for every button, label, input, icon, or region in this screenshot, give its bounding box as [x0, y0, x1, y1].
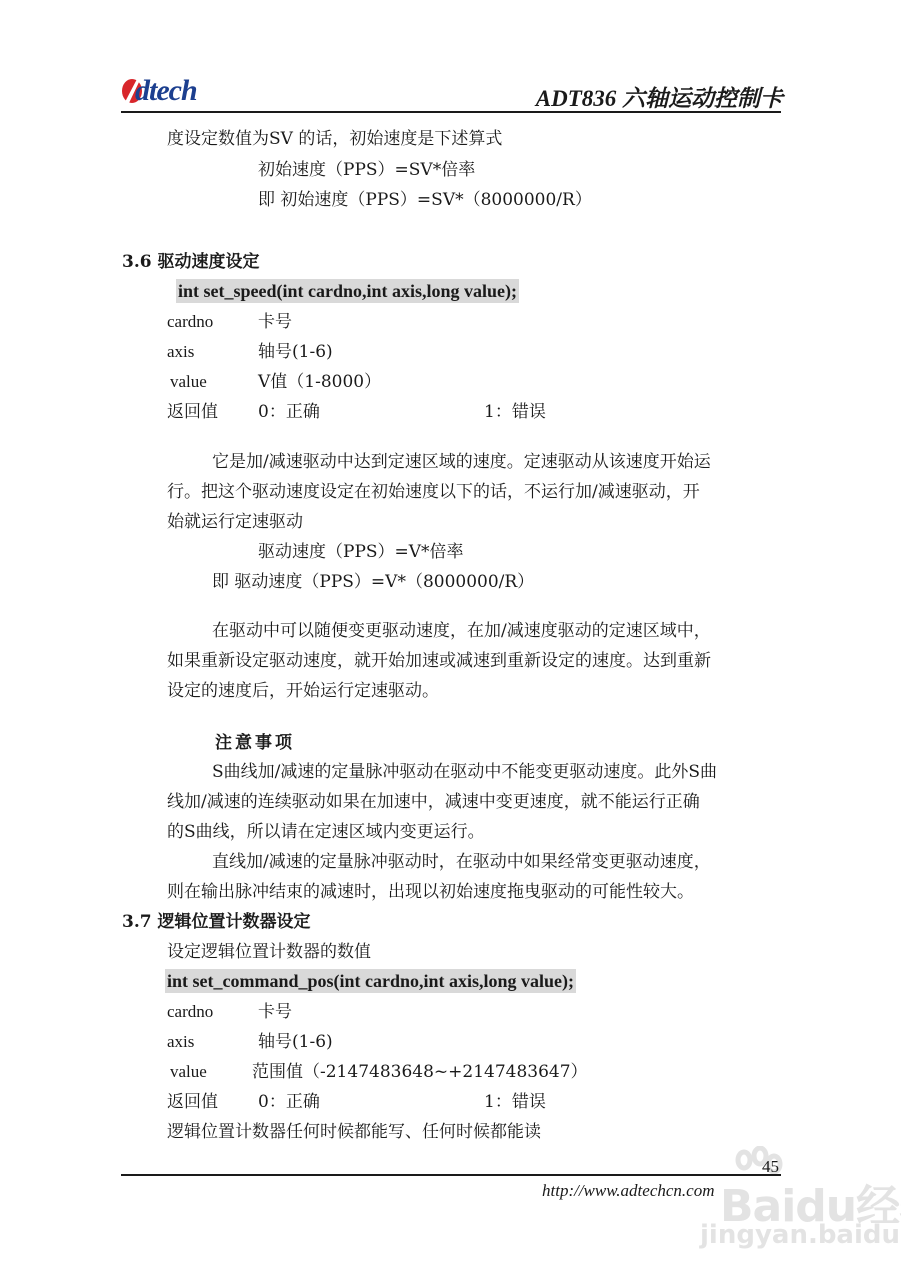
- document-title: ADT836 六轴运动控制卡: [536, 80, 783, 113]
- logo-text: dtech: [135, 74, 197, 108]
- note-line: S曲线加/减速的定量脉冲驱动在驱动中不能变更驱动速度。此外S曲: [212, 761, 717, 783]
- adtech-logo: dtech: [121, 72, 203, 106]
- section-heading-3-6: 3.6 驱动速度设定: [122, 251, 260, 273]
- paragraph-line: 如果重新设定驱动速度，就开始加速或减速到重新设定的速度。达到重新: [167, 650, 711, 672]
- param-desc: 轴号(1-6): [258, 341, 333, 363]
- return-error: 1：错误: [484, 1091, 546, 1113]
- paragraph-line: 它是加/减速驱动中达到定速区域的速度。定速驱动从该速度开始运: [212, 451, 711, 473]
- return-label: 返回值: [167, 401, 218, 423]
- note-line: 则在输出脉冲结束的减速时，出现以初始速度拖曳驱动的可能性较大。: [167, 881, 694, 903]
- function-signature-set-command-pos: int set_command_pos(int cardno,int axis,…: [165, 969, 576, 993]
- header-rule: [121, 111, 781, 113]
- param-desc: 卡号: [258, 1001, 292, 1023]
- formula-drive-speed-expanded: 即 驱动速度（PPS）=V*（8000000/R）: [212, 571, 534, 593]
- paragraph-line: 始就运行定速驱动: [167, 511, 303, 533]
- param-name: axis: [167, 341, 194, 363]
- param-desc: 范围值（-2147483648~+2147483647）: [252, 1061, 588, 1083]
- return-ok: 0：正确: [258, 401, 320, 423]
- param-name: cardno: [167, 311, 213, 333]
- section-note: 逻辑位置计数器任何时候都能写、任何时候都能读: [167, 1121, 541, 1143]
- section-heading-3-7: 3.7 逻辑位置计数器设定: [122, 911, 311, 933]
- param-name: value: [170, 371, 207, 393]
- param-desc: V值（1-8000）: [258, 371, 381, 393]
- param-desc: 轴号(1-6): [258, 1031, 333, 1053]
- note-line: 线加/减速的连续驱动如果在加速中，减速中变更速度，就不能运行正确: [167, 791, 700, 813]
- paragraph-line: 设定的速度后，开始运行定速驱动。: [167, 680, 439, 702]
- return-error: 1：错误: [484, 401, 546, 423]
- notes-heading: 注意事项: [215, 732, 295, 754]
- return-ok: 0：正确: [258, 1091, 320, 1113]
- watermark-url: jingyan.baidu.com: [700, 1220, 901, 1250]
- function-signature-set-speed: int set_speed(int cardno,int axis,long v…: [176, 279, 519, 303]
- footer-rule: [121, 1174, 781, 1176]
- return-label: 返回值: [167, 1091, 218, 1113]
- section-description: 设定逻辑位置计数器的数值: [167, 941, 371, 963]
- intro-line: 度设定数值为SV 的话，初始速度是下述算式: [167, 128, 502, 150]
- param-name: value: [170, 1061, 207, 1083]
- paragraph-line: 在驱动中可以随便变更驱动速度，在加/减速度驱动的定速区域中，: [212, 620, 711, 642]
- footer-url-link[interactable]: http://www.adtechcn.com: [542, 1181, 715, 1201]
- param-name: axis: [167, 1031, 194, 1053]
- intro-formula-2: 即 初始速度（PPS）=SV*（8000000/R）: [258, 189, 592, 211]
- note-line: 的S曲线，所以请在定速区域内变更运行。: [167, 821, 485, 843]
- formula-drive-speed: 驱动速度（PPS）=V*倍率: [258, 541, 464, 563]
- param-desc: 卡号: [258, 311, 292, 333]
- param-name: cardno: [167, 1001, 213, 1023]
- note-line: 直线加/减速的定量脉冲驱动时，在驱动中如果经常变更驱动速度，: [212, 851, 711, 873]
- baidu-paw-icon: [728, 1146, 788, 1196]
- intro-formula-1: 初始速度（PPS）=SV*倍率: [258, 159, 475, 181]
- paragraph-line: 行。把这个驱动速度设定在初始速度以下的话，不运行加/减速驱动，开: [167, 481, 700, 503]
